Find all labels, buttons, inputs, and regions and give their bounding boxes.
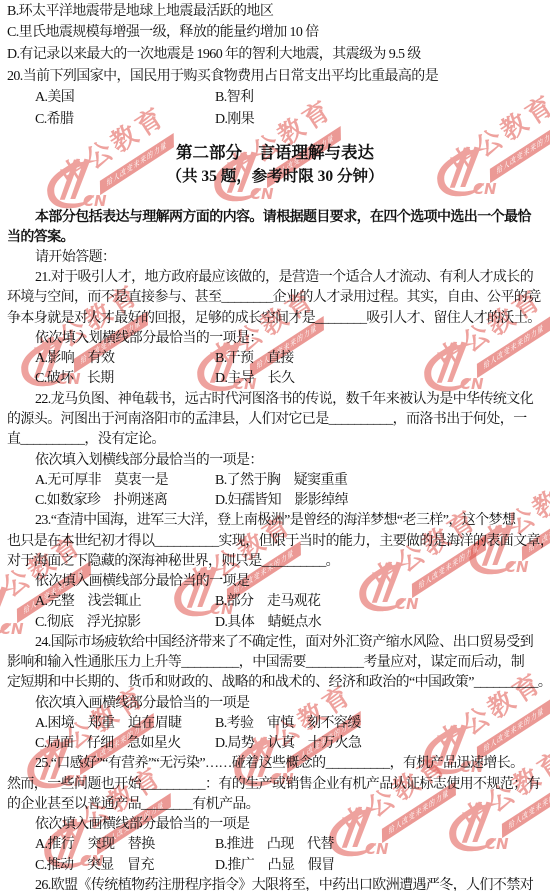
q19-option-b: B.环太平洋地震带是地球上地震最活跃的地区 xyxy=(7,2,543,22)
q20-option-a: A.美国 xyxy=(35,88,74,108)
q24-option-d: D.局势 认真 十万火急 xyxy=(215,734,361,754)
q24-stem-line-2: 影响和输入性通胀压力上升等_________，中国需要_________考量应对… xyxy=(7,653,543,673)
q20-stem: 20.当前下列国家中，国民用于购买食物费用占日常支出平均比重最高的是 xyxy=(7,67,543,87)
q26-stem-line-1: 26.欧盟《传统植物药注册程序指令》大限将至，中药出口欧洲遭遇严冬，人们不禁对 xyxy=(7,876,550,891)
q23-stem-line-3: 对于海面之下隐藏的深海神秘世界，则只是__________。 xyxy=(7,552,543,572)
q25-option-d: D.推广 凸显 假冒 xyxy=(215,856,335,876)
q21-option-d: D.主导 长久 xyxy=(215,369,294,389)
q24-option-b: B.考验 审慎 刻不容缓 xyxy=(215,714,361,734)
q25-options-row-2: C.推动 突显 冒充 D.推广 凸显 假冒 xyxy=(7,856,543,876)
q25-prompt: 依次填入画横线部分最恰当的一项是 xyxy=(7,815,550,835)
q23-options-row-2: C.彻底 浮光掠影 D.具体 蜻蜓点水 xyxy=(7,613,543,633)
q24-stem-line-3: 定短期和中长期的、货币和财政的、战略的和战术的、经济和政治的“中国政策”____… xyxy=(7,673,543,693)
q23-options-row-1: A.完整 浅尝辄止 B.部分 走马观花 xyxy=(7,592,543,612)
q22-option-c: C.如数家珍 扑朔迷离 xyxy=(35,491,167,511)
q21-stem-line-3: 争本身就是对人才最好的回报，足够的成长空间才是________吸引人才、留住人才… xyxy=(7,309,543,329)
q22-stem-line-2: 的源头。河图出于河南洛阳市的孟津县，人们对它已是__________，而洛书出于… xyxy=(7,410,543,430)
q21-options-row-2: C.破坏 长期 D.主导 长久 xyxy=(7,369,543,389)
q23-option-a: A.完整 浅尝辄止 xyxy=(35,592,141,612)
section-note-line-2: 当的答案。 xyxy=(7,228,543,248)
exam-page: 中公教育给人改变未来的力量CN 中公教育给人改变未来的力量CN 中公教育给人改变… xyxy=(0,0,550,891)
q25-stem-line-3: 的企业甚至以普通产品________有机产品。 xyxy=(7,795,543,815)
q23-stem-line-2: 也只是在本世纪初才得以__________实现，但限于当时的能力，主要做的是海洋… xyxy=(7,532,543,552)
q25-option-b: B.推进 凸现 代替 xyxy=(215,835,334,855)
section-note-line-1: 本部分包括表达与理解两方面的内容。请根据题目要求，在四个选项中选出一个最恰 xyxy=(7,208,550,228)
q21-stem-line-1: 21.对于吸引人才，地方政府最应该做的，是营造一个适合人才流动、有利人才成长的 xyxy=(7,268,550,288)
q21-options-row-1: A.影响 有效 B.干预 直接 xyxy=(7,349,543,369)
q22-option-d: D.妇孺皆知 影影绰绰 xyxy=(215,491,348,511)
q20-option-d: D.刚果 xyxy=(215,110,254,130)
q24-option-c: C.局面 仔细 急如星火 xyxy=(35,734,181,754)
q25-option-a: A.推行 突现 替换 xyxy=(35,835,155,855)
q19-option-c: C.里氏地震规模每增强一级，释放的能量约增加 10 倍 xyxy=(7,23,543,43)
q23-option-c: C.彻底 浮光掠影 xyxy=(35,613,140,633)
q22-stem-line-1: 22.龙马负图、神龟载书，远古时代河图洛书的传说，数千年来被认为是中华传统文化 xyxy=(7,390,550,410)
q20-option-c: C.希腊 xyxy=(35,110,73,130)
q25-option-c: C.推动 突显 冒充 xyxy=(35,856,154,876)
q22-options-row-1: A.无可厚非 莫衷一是 B.了然于胸 疑窦重重 xyxy=(7,471,543,491)
q23-stem-line-1: 23.“查清中国海，进军三大洋，登上南极洲”是曾经的海洋梦想“老三样”，这个梦想 xyxy=(7,511,550,531)
q23-option-d: D.具体 蜻蜓点水 xyxy=(215,613,321,633)
q22-prompt: 依次填入划横线部分最恰当的一项是： xyxy=(7,451,550,471)
q19-option-d: D.有记录以来最大的一次地震是 1960 年的智利大地震，其震级为 9.5 级 xyxy=(7,45,543,65)
q24-options-row-2: C.局面 仔细 急如星火 D.局势 认真 十万火急 xyxy=(7,734,543,754)
start-prompt: 请开始答题： xyxy=(7,248,550,268)
q21-prompt: 依次填入划横线部分最恰当的一项是： xyxy=(7,329,550,349)
section-title: 第二部分 言语理解与表达 xyxy=(0,142,550,164)
q21-option-b: B.干预 直接 xyxy=(215,349,294,369)
q24-prompt: 依次填入画横线部分最恰当的一项是 xyxy=(7,694,550,714)
q25-stem-line-1: 25.“口感好”“有营养”“无污染”……碰着这些概念的__________，有机… xyxy=(7,754,550,774)
q22-options-row-2: C.如数家珍 扑朔迷离 D.妇孺皆知 影影绰绰 xyxy=(7,491,543,511)
q21-option-a: A.影响 有效 xyxy=(35,349,114,369)
q21-stem-line-2: 环境与空间，而不是直接参与、甚至________企业的人才录用过程。其实，自由、… xyxy=(7,288,543,308)
q25-options-row-1: A.推行 突现 替换 B.推进 凸现 代替 xyxy=(7,835,543,855)
q22-option-a: A.无可厚非 莫衷一是 xyxy=(35,471,168,491)
q23-prompt: 依次填入画横线部分最恰当的一项是 xyxy=(7,572,550,592)
q22-stem-line-3: 直__________，没有定论。 xyxy=(7,430,543,450)
q21-option-c: C.破坏 长期 xyxy=(35,369,114,389)
q24-stem-line-1: 24.国际市场疲软给中国经济带来了不确定性，面对外汇资产缩水风险、出口贸易受到 xyxy=(7,633,550,653)
q20-options-row-2: C.希腊 D.刚果 xyxy=(7,110,543,130)
q24-option-a: A.困境 郑重 迫在眉睫 xyxy=(35,714,181,734)
q25-stem-line-2: 然而，一些问题也开始__________：有的生产或销售企业有机产品认证标志使用… xyxy=(7,775,543,795)
section-subtitle: （共 35 题，参考时限 30 分钟） xyxy=(0,166,550,188)
q20-option-b: B.智利 xyxy=(215,88,253,108)
q22-option-b: B.了然于胸 疑窦重重 xyxy=(215,471,347,491)
q23-option-b: B.部分 走马观花 xyxy=(215,592,320,612)
q20-options-row-1: A.美国 B.智利 xyxy=(7,88,543,108)
q24-options-row-1: A.困境 郑重 迫在眉睫 B.考验 审慎 刻不容缓 xyxy=(7,714,543,734)
